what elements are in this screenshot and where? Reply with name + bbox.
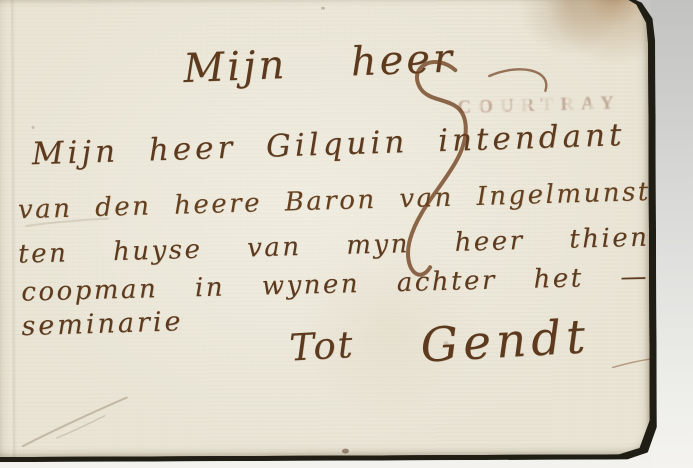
- destination-prefix: Tot: [288, 323, 355, 370]
- address-line-5: seminarie: [21, 306, 184, 342]
- salutation-text: Mijn heer: [182, 35, 455, 92]
- scanned-letter-photo: COURTRAY Mijn heer Mijn heer Gilquin int…: [0, 0, 693, 468]
- letter-wrapper: COURTRAY Mijn heer Mijn heer Gilquin int…: [0, 0, 661, 464]
- paper-speck: [342, 449, 349, 454]
- salutation-flourish-stroke: [489, 69, 546, 91]
- address-line-2: van den heere Baron van Ingelmunster: [18, 176, 684, 225]
- address-line-4: coopman in wynen achter het —: [21, 262, 649, 308]
- crease-mark: [23, 398, 127, 446]
- paper-speck: [32, 126, 35, 129]
- gendt-trailing-stroke: [613, 358, 656, 367]
- paper-speck: [443, 341, 448, 345]
- postmark-courtray: COURTRAY: [457, 92, 621, 119]
- letter-paper: COURTRAY Mijn heer Mijn heer Gilquin int…: [0, 0, 650, 457]
- address-line-1: Mijn heer Gilquin intendant: [31, 117, 626, 172]
- paper-speck: [321, 7, 325, 10]
- crease-mark-2: [57, 416, 105, 438]
- address-line-3: ten huyse van myn heer thienpont -: [18, 219, 693, 269]
